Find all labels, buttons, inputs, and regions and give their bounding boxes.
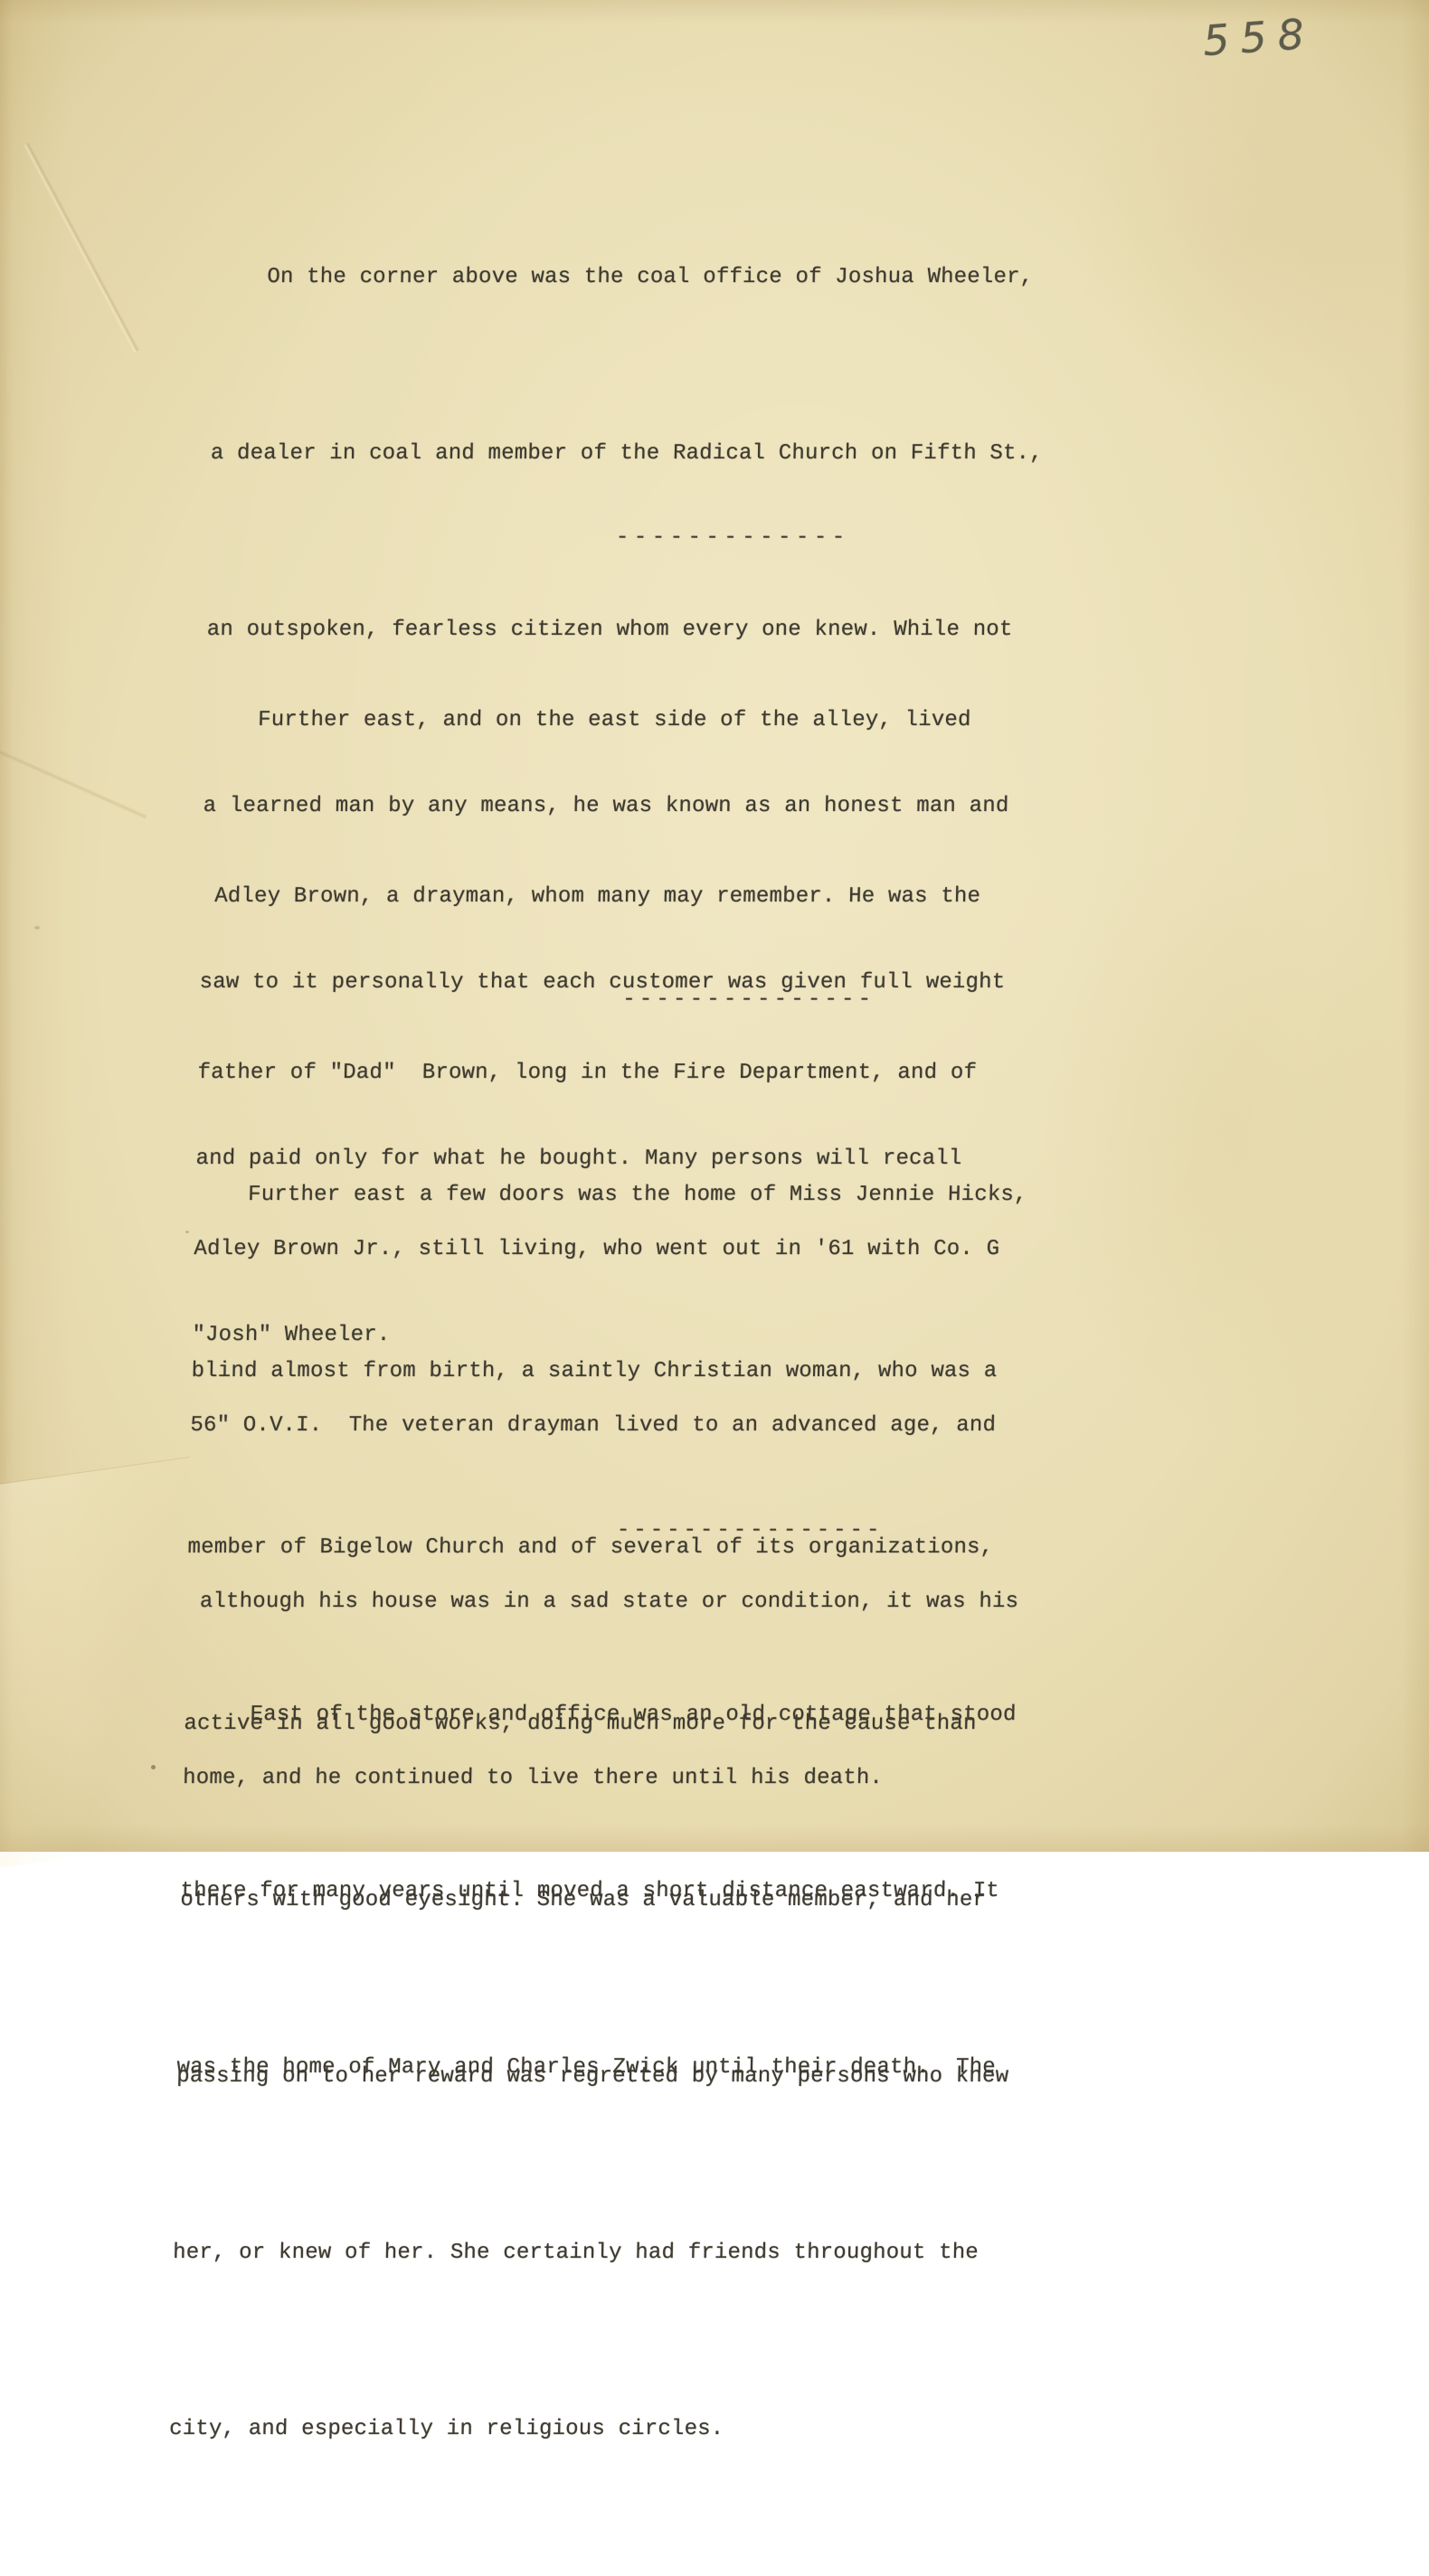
text-line: blind almost from birth, a saintly Chris…: [191, 1342, 1024, 1401]
text-line: Adley Brown, a drayman, whom many may re…: [201, 867, 1034, 926]
paragraph-old-cottage: East of the store and office was an old …: [174, 1568, 1019, 1852]
ink-speck: [185, 1231, 189, 1233]
ink-speck: [34, 926, 40, 929]
text-line: East of the store and office was an old …: [184, 1685, 1017, 1744]
section-separator-dashes: -------------: [615, 520, 850, 556]
typewritten-text-block: On the corner above was the coal office …: [181, 0, 1233, 1852]
text-line: Further east a few doors was the home of…: [194, 1165, 1027, 1224]
text-line: On the corner above was the coal office …: [213, 248, 1046, 307]
ink-speck: [151, 1765, 156, 1769]
section-separator-dashes: ---------------: [622, 982, 875, 1018]
section-separator-dashes: ----------------: [616, 1513, 883, 1549]
text-line: a dealer in coal and member of the Radic…: [210, 424, 1043, 483]
text-line: Further east, and on the east side of th…: [204, 691, 1037, 750]
